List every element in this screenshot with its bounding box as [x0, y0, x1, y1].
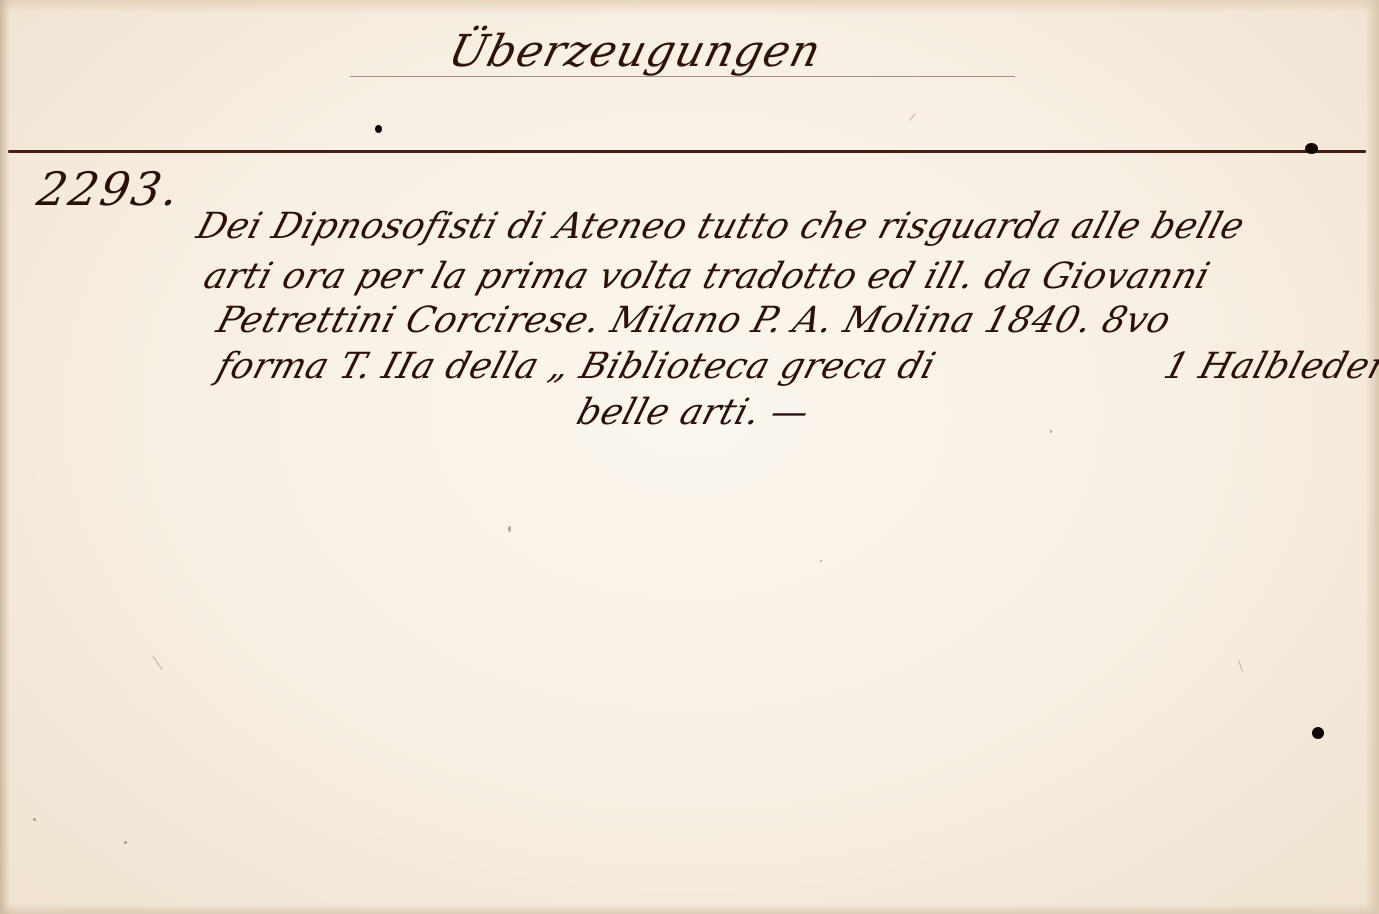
paper-speck	[1050, 430, 1052, 433]
punch-dot-right	[1312, 727, 1324, 739]
card-edge-right	[1365, 0, 1379, 914]
paper-scratch	[1238, 660, 1243, 672]
entry-number: 2293.	[33, 162, 184, 216]
catalog-card: Überzeugungen 2293. Dei Dipnosofisti di …	[0, 0, 1379, 914]
entry-line-5: belle arti. —	[572, 392, 814, 433]
card-heading: Überzeugungen	[444, 26, 827, 77]
entry-line-2: arti ora per la prima volta tradotto ed …	[199, 256, 1214, 297]
entry-line-4: forma T. IIa della „ Biblioteca greca di	[212, 346, 940, 387]
entry-line-1: Dei Dipnosofisti di Ateneo tutto che ris…	[192, 206, 1249, 247]
binding-annotation: 1 Halbleder.	[1159, 346, 1379, 387]
paper-speck	[508, 526, 511, 532]
paper-scratch	[153, 656, 163, 670]
ink-dot-top-left	[375, 125, 382, 133]
paper-speck	[820, 560, 822, 562]
entry-line-3: Petrettini Corcirese. Milano P. A. Molin…	[212, 300, 1175, 341]
card-edge-bottom	[0, 904, 1379, 914]
paper-scratch	[909, 113, 916, 121]
paper-speck	[124, 841, 127, 844]
punch-dot-top-right	[1305, 143, 1318, 154]
heading-area: Überzeugungen	[350, 18, 1015, 98]
main-divider-rule	[8, 150, 1366, 153]
paper-speck	[33, 818, 36, 821]
